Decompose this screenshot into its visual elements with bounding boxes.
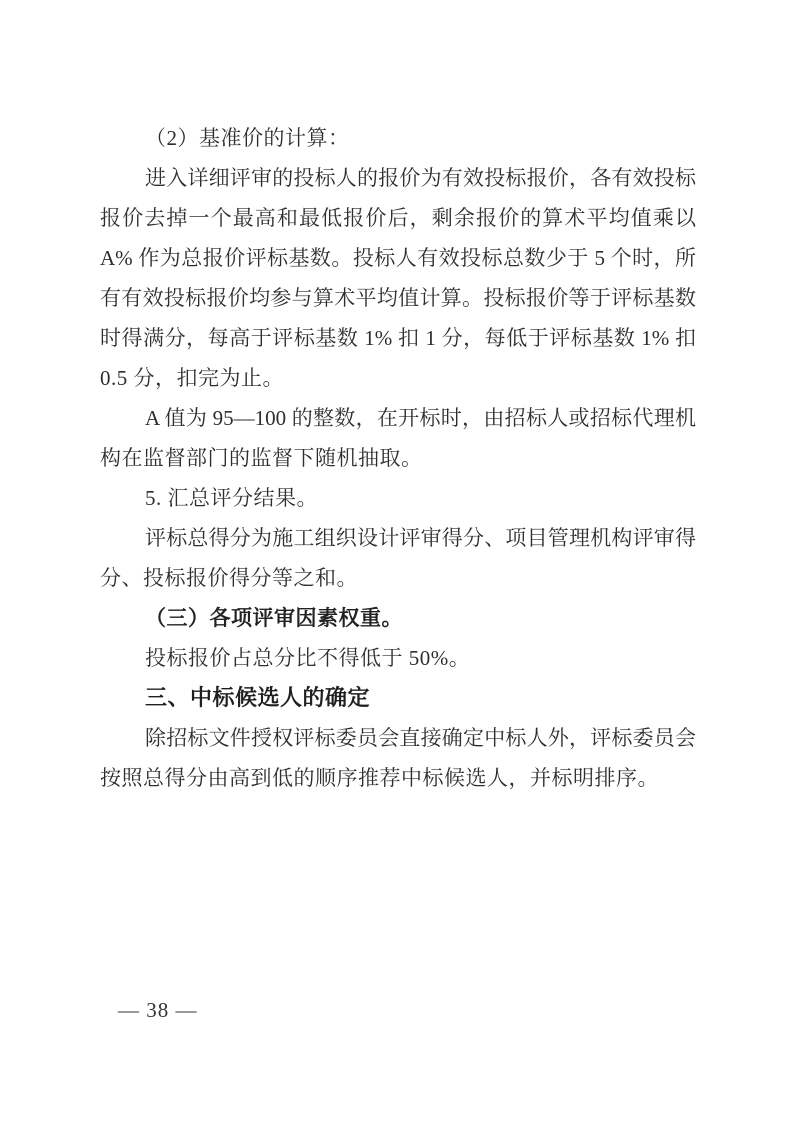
paragraph-line: 构在监督部门的监督下随机抽取。	[100, 438, 696, 478]
page-number: — 38 —	[118, 998, 198, 1023]
paragraph-line: 时得满分，每高于评标基数 1% 扣 1 分，每低于评标基数 1% 扣	[100, 318, 696, 358]
paragraph-line: 按照总得分由高到低的顺序推荐中标候选人，并标明排序。	[100, 758, 696, 798]
document-body: （2）基准价的计算： 进入详细评审的投标人的报价为有效投标报价，各有效投标 报价…	[100, 118, 696, 798]
heading-winner-candidate-determination: 三、中标候选人的确定	[100, 678, 696, 718]
paragraph-line: 有有效投标报价均参与算术平均值计算。投标报价等于评标基数	[100, 278, 696, 318]
list-item-heading: 5. 汇总评分结果。	[100, 478, 696, 518]
paragraph-line: 评标总得分为施工组织设计评审得分、项目管理机构评审得	[100, 518, 696, 558]
paragraph-line: 进入详细评审的投标人的报价为有效投标报价，各有效投标	[100, 158, 696, 198]
paragraph-line: 分、投标报价得分等之和。	[100, 558, 696, 598]
paragraph-line: 投标报价占总分比不得低于 50%。	[100, 638, 696, 678]
heading-evaluation-factor-weights: （三）各项评审因素权重。	[100, 598, 696, 638]
paragraph-line: A% 作为总报价评标基数。投标人有效投标总数少于 5 个时，所	[100, 238, 696, 278]
paragraph-line: （2）基准价的计算：	[100, 118, 696, 158]
paragraph-line: 0.5 分，扣完为止。	[100, 358, 696, 398]
paragraph-line: 除招标文件授权评标委员会直接确定中标人外，评标委员会	[100, 718, 696, 758]
document-page: （2）基准价的计算： 进入详细评审的投标人的报价为有效投标报价，各有效投标 报价…	[0, 0, 793, 1122]
paragraph-line: 报价去掉一个最高和最低报价后，剩余报价的算术平均值乘以	[100, 198, 696, 238]
paragraph-line: A 值为 95—100 的整数，在开标时，由招标人或招标代理机	[100, 398, 696, 438]
